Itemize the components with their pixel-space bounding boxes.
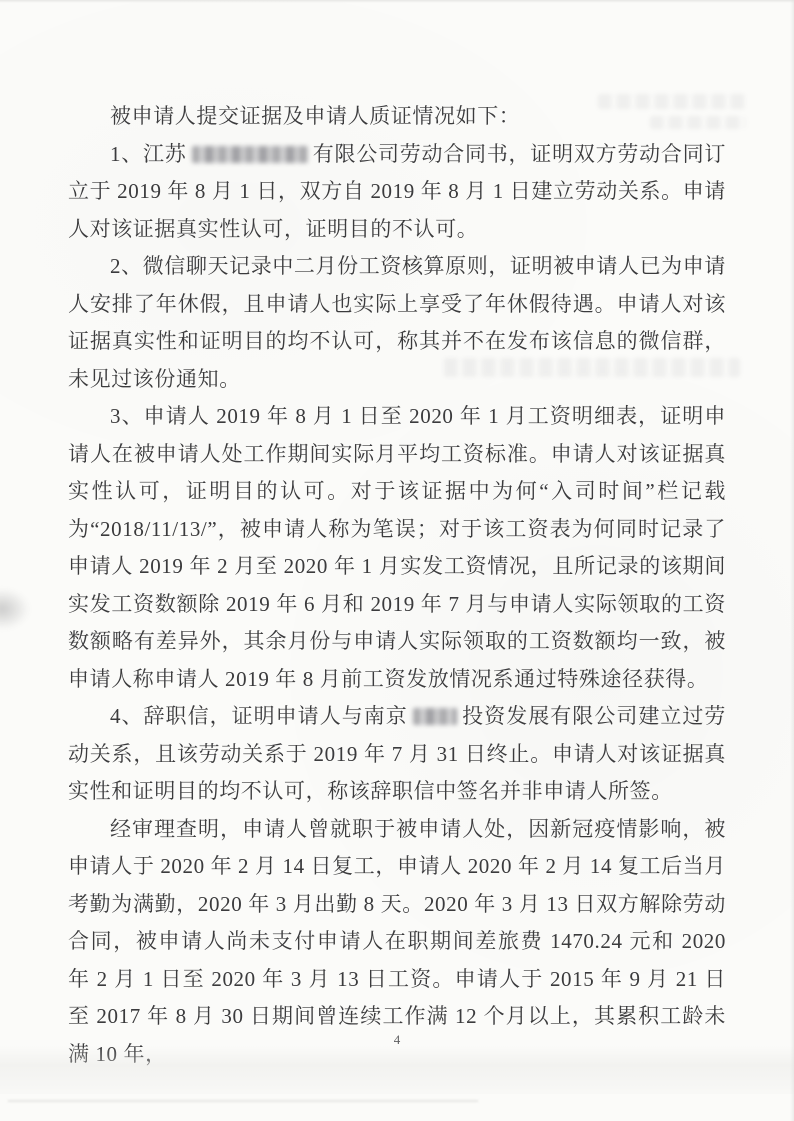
scan-right-edge-artifact xyxy=(790,0,794,1121)
paragraph-evidence-3: 3、申请人 2019 年 8 月 1 日至 2020 年 1 月工资明细表，证明… xyxy=(68,398,726,698)
evidence-1-text-before: 1、江苏 xyxy=(110,142,187,166)
intro-text: 被申请人提交证据及申请人质证情况如下： xyxy=(110,104,520,128)
paragraph-evidence-2: 2、微信聊天记录中二月份工资核算原则，证明被申请人已为申请人安排了年休假，且申请… xyxy=(68,248,726,398)
paragraph-evidence-1: 1、江苏有限公司劳动合同书，证明双方劳动合同订立于 2019 年 8 月 1 日… xyxy=(68,136,726,249)
scan-bottom-band-artifact xyxy=(0,1046,794,1094)
document-body: 被申请人提交证据及申请人质证情况如下： 1、江苏有限公司劳动合同书，证明双方劳动… xyxy=(68,98,726,1073)
redacted-company-name-blur xyxy=(192,146,308,163)
redacted-company-name-blur xyxy=(413,708,457,725)
evidence-2-text: 2、微信聊天记录中二月份工资核算原则，证明被申请人已为申请人安排了年休假，且申请… xyxy=(68,254,726,391)
evidence-3-text: 3、申请人 2019 年 8 月 1 日至 2020 年 1 月工资明细表，证明… xyxy=(68,404,726,691)
scan-bottom-line-artifact xyxy=(8,1100,478,1102)
scan-top-edge-artifact xyxy=(0,0,794,3)
scanned-document-page: 被申请人提交证据及申请人质证情况如下： 1、江苏有限公司劳动合同书，证明双方劳动… xyxy=(0,0,794,1121)
scan-smudge-artifact xyxy=(0,588,30,630)
evidence-4-text-before: 4、辞职信，证明申请人与南京 xyxy=(110,704,408,728)
paragraph-intro: 被申请人提交证据及申请人质证情况如下： xyxy=(68,98,726,136)
paragraph-evidence-4: 4、辞职信，证明申请人与南京投资发展有限公司建立过劳动关系，且该劳动关系于 20… xyxy=(68,698,726,811)
findings-text: 经审理查明，申请人曾就职于被申请人处，因新冠疫情影响，被申请人于 2020 年 … xyxy=(68,817,726,1066)
